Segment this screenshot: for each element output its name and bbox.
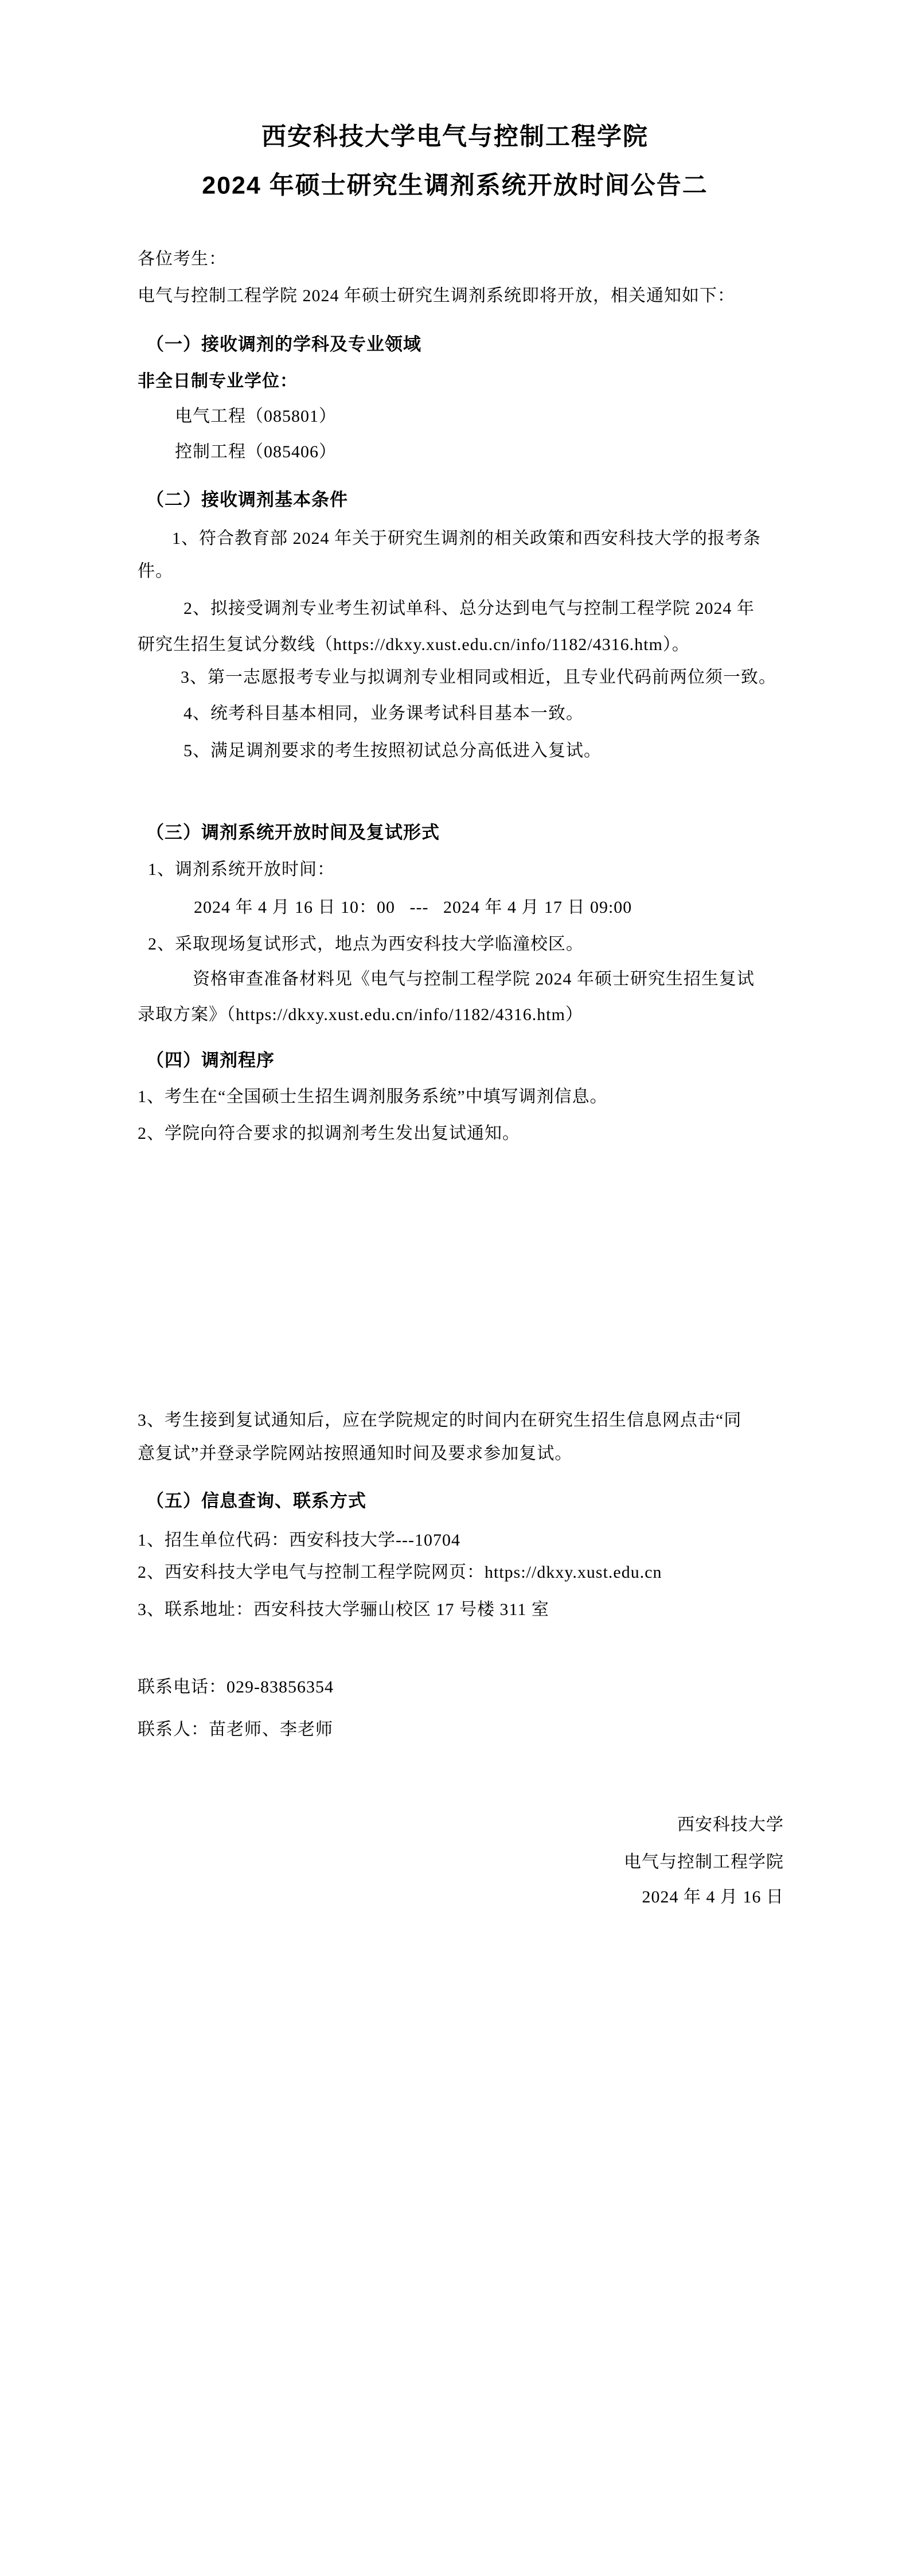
sec3-item2: 2、采取现场复试形式，地点为西安科技大学临潼校区。	[148, 929, 584, 955]
sec3-open-time: 2024 年 4 月 16 日 10：00 --- 2024 年 4 月 17 …	[194, 893, 632, 918]
sec3-note-line1: 资格审查准备材料见《电气与控制工程学院 2024 年硕士研究生招生复试	[193, 964, 755, 990]
contact-person: 联系人：苗老师、李老师	[138, 1715, 333, 1740]
sec2-item3: 3、第一志愿报考专业与拟调剂专业相同或相近，且专业代码前两位须一致。	[181, 663, 776, 688]
sec1-major-control: 控制工程（085406）	[175, 437, 337, 462]
sec4-item3-line1: 3、考生接到复试通知后，应在学院规定的时间内在研究生招生信息网点击“同	[138, 1406, 741, 1431]
sec3-item1: 1、调剂系统开放时间：	[148, 855, 335, 880]
signature-college: 电气与控制工程学院	[138, 1847, 784, 1873]
sec4-item3-line2: 意复试”并登录学院网站按照通知时间及要求参加复试。	[138, 1439, 572, 1464]
signature-date: 2024 年 4 月 16 日	[138, 1882, 784, 1908]
title-line-1: 西安科技大学电气与控制工程学院	[0, 118, 910, 153]
sec4-item2: 2、学院向符合要求的拟调剂考生发出复试通知。	[138, 1119, 520, 1144]
sec2-item1-line2: 件。	[138, 557, 173, 582]
salutation: 各位考生：	[138, 244, 226, 270]
sec2-item1-line1: 1、符合教育部 2024 年关于研究生调剂的相关政策和西安科技大学的报考条	[172, 524, 761, 549]
sec4-item1: 1、考生在“全国硕士生招生调剂服务系统”中填写调剂信息。	[138, 1082, 608, 1107]
sec3-note-line2: 录取方案》（https://dkxy.xust.edu.cn/info/1182…	[138, 1000, 583, 1025]
sec1-degree-type: 非全日制专业学位：	[138, 367, 298, 392]
sec5-item1: 1、招生单位代码：西安科技大学---10704	[138, 1526, 460, 1551]
heading-section-3: （三）调剂系统开放时间及复试形式	[146, 818, 440, 844]
intro: 电气与控制工程学院 2024 年硕士研究生调剂系统即将开放，相关通知如下：	[138, 281, 735, 306]
sec2-item2-line2: 研究生招生复试分数线（https://dkxy.xust.edu.cn/info…	[138, 630, 690, 655]
document-page: 西安科技大学电气与控制工程学院2024 年硕士研究生调剂系统开放时间公告二各位考…	[0, 0, 910, 2576]
sec1-major-electrical: 电气工程（085801）	[175, 402, 337, 427]
heading-section-4: （四）调剂程序	[146, 1046, 275, 1072]
sec2-item4: 4、统考科目基本相同，业务课考试科目基本一致。	[183, 699, 584, 724]
sec5-item3: 3、联系地址：西安科技大学骊山校区 17 号楼 311 室	[138, 1595, 549, 1620]
heading-section-5: （五）信息查询、联系方式	[146, 1487, 366, 1512]
sec2-item2-line1: 2、拟接受调剂专业考生初试单科、总分达到电气与控制工程学院 2024 年	[183, 594, 755, 619]
title-line-2: 2024 年硕士研究生调剂系统开放时间公告二	[0, 166, 910, 201]
heading-section-1: （一）接收调剂的学科及专业领域	[146, 330, 421, 356]
sec5-item2: 2、西安科技大学电气与控制工程学院网页：https://dkxy.xust.ed…	[138, 1558, 662, 1583]
signature-university: 西安科技大学	[138, 1810, 784, 1835]
contact-phone: 联系电话：029-83856354	[138, 1672, 334, 1698]
sec2-item5: 5、满足调剂要求的考生按照初试总分高低进入复试。	[183, 736, 602, 761]
heading-section-2: （二）接收调剂基本条件	[146, 485, 348, 511]
